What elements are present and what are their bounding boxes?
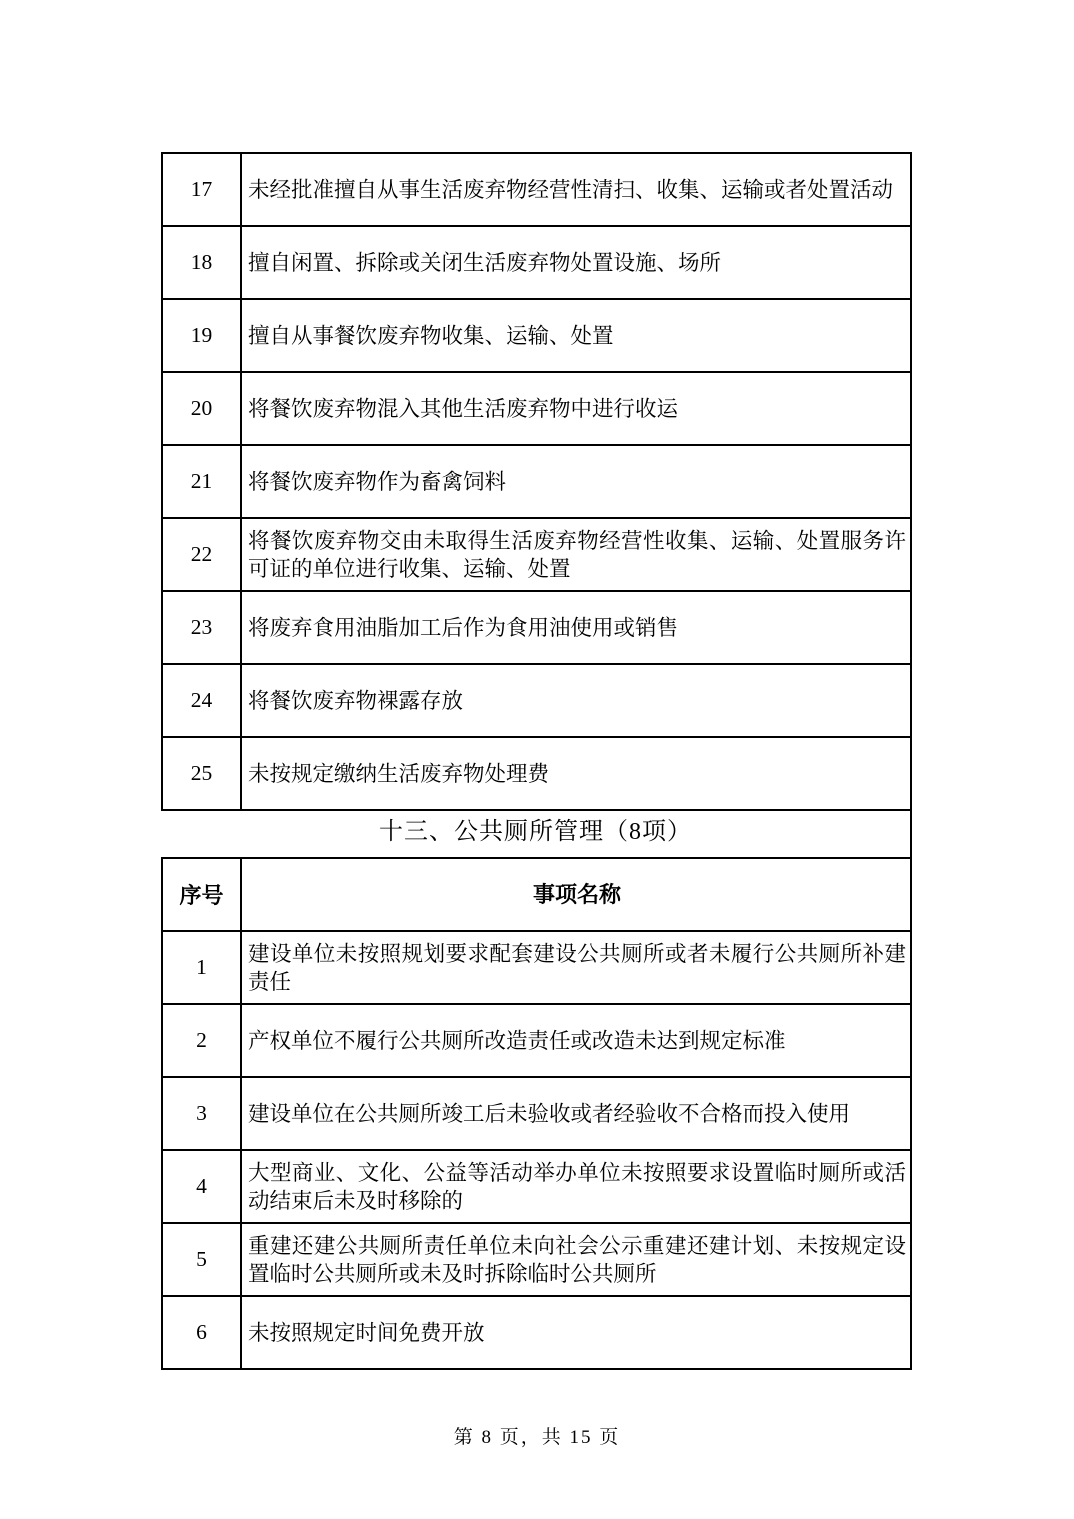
table-row: 21 将餐饮废弃物作为畜禽饲料 [162,445,911,518]
row-item-text: 重建还建公共厕所责任单位未向社会公示重建还建计划、未按规定设置临时公共厕所或未及… [241,1223,911,1296]
document-page: { "colors": { "background": "#ffffff", "… [0,0,1074,1519]
column-header-item-name: 事项名称 [241,858,911,931]
table-row: 22 将餐饮废弃物交由未取得生活废弃物经营性收集、运输、处置服务许可证的单位进行… [162,518,911,591]
public-toilet-table: 序号 事项名称 1 建设单位未按照规划要求配套建设公共厕所或者未履行公共厕所补建… [161,857,912,1370]
row-item-text: 大型商业、文化、公益等活动举办单位未按照要求设置临时厕所或活动结束后未及时移除的 [241,1150,911,1223]
row-number: 4 [162,1150,241,1223]
row-number: 18 [162,226,241,299]
row-item-text: 将餐饮废弃物混入其他生活废弃物中进行收运 [241,372,911,445]
row-number: 1 [162,931,241,1004]
row-number: 17 [162,153,241,226]
items-table-continued: 17 未经批准擅自从事生活废弃物经营性清扫、收集、运输或者处置活动 18 擅自闲… [161,152,912,811]
row-number: 25 [162,737,241,810]
row-number: 2 [162,1004,241,1077]
row-item-text: 将餐饮废弃物裸露存放 [241,664,911,737]
row-item-text: 产权单位不履行公共厕所改造责任或改造未达到规定标准 [241,1004,911,1077]
table-row: 5 重建还建公共厕所责任单位未向社会公示重建还建计划、未按规定设置临时公共厕所或… [162,1223,911,1296]
row-item-text: 未按规定缴纳生活废弃物处理费 [241,737,911,810]
table-row: 4 大型商业、文化、公益等活动举办单位未按照要求设置临时厕所或活动结束后未及时移… [162,1150,911,1223]
row-item-text: 将废弃食用油脂加工后作为食用油使用或销售 [241,591,911,664]
row-item-text: 擅自从事餐饮废弃物收集、运输、处置 [241,299,911,372]
table-row: 3 建设单位在公共厕所竣工后未验收或者经验收不合格而投入使用 [162,1077,911,1150]
row-number: 23 [162,591,241,664]
row-item-text: 擅自闲置、拆除或关闭生活废弃物处置设施、场所 [241,226,911,299]
row-item-text: 建设单位未按照规划要求配套建设公共厕所或者未履行公共厕所补建责任 [241,931,911,1004]
table-row: 23 将废弃食用油脂加工后作为食用油使用或销售 [162,591,911,664]
row-item-text: 将餐饮废弃物交由未取得生活废弃物经营性收集、运输、处置服务许可证的单位进行收集、… [241,518,911,591]
table-row: 25 未按规定缴纳生活废弃物处理费 [162,737,911,810]
row-item-text: 建设单位在公共厕所竣工后未验收或者经验收不合格而投入使用 [241,1077,911,1150]
row-number: 22 [162,518,241,591]
section-heading: 十三、公共厕所管理（8项） [161,807,912,857]
row-number: 5 [162,1223,241,1296]
table-row: 18 擅自闲置、拆除或关闭生活废弃物处置设施、场所 [162,226,911,299]
row-item-text: 未按照规定时间免费开放 [241,1296,911,1369]
table-row: 2 产权单位不履行公共厕所改造责任或改造未达到规定标准 [162,1004,911,1077]
table-row: 20 将餐饮废弃物混入其他生活废弃物中进行收运 [162,372,911,445]
row-number: 3 [162,1077,241,1150]
row-number: 24 [162,664,241,737]
table-row: 1 建设单位未按照规划要求配套建设公共厕所或者未履行公共厕所补建责任 [162,931,911,1004]
table-row: 24 将餐饮废弃物裸露存放 [162,664,911,737]
row-number: 6 [162,1296,241,1369]
column-header-serial: 序号 [162,858,241,931]
row-number: 19 [162,299,241,372]
table-row: 17 未经批准擅自从事生活废弃物经营性清扫、收集、运输或者处置活动 [162,153,911,226]
row-number: 21 [162,445,241,518]
table-row: 6 未按照规定时间免费开放 [162,1296,911,1369]
row-item-text: 将餐饮废弃物作为畜禽饲料 [241,445,911,518]
table-row: 19 擅自从事餐饮废弃物收集、运输、处置 [162,299,911,372]
row-item-text: 未经批准擅自从事生活废弃物经营性清扫、收集、运输或者处置活动 [241,153,911,226]
row-number: 20 [162,372,241,445]
table-header-row: 序号 事项名称 [162,858,911,931]
page-number-footer: 第 8 页，共 15 页 [0,1422,1074,1449]
